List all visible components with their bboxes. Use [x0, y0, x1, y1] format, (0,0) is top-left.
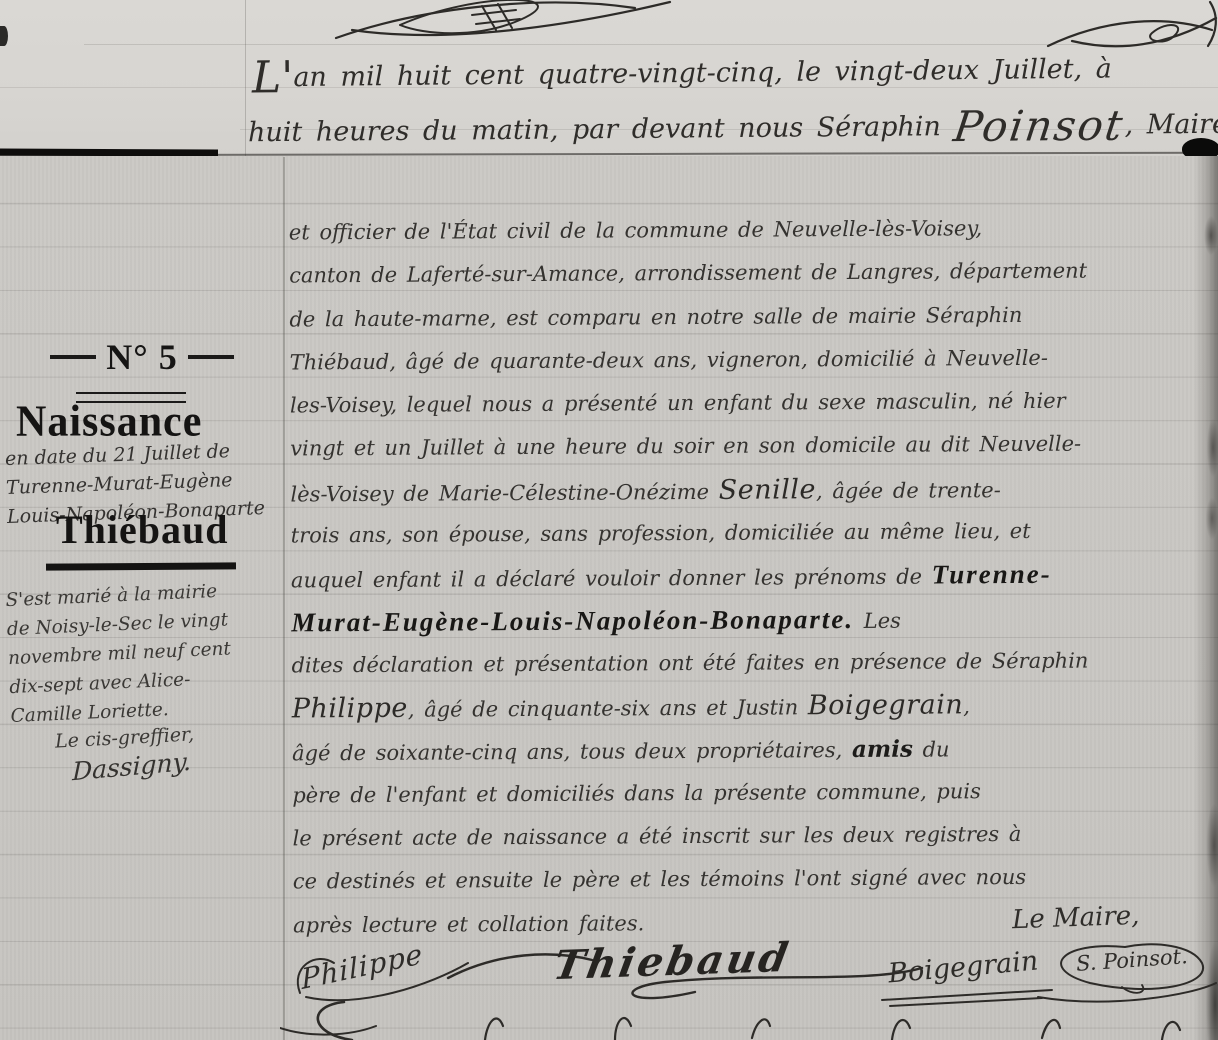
text-segment: , âgée de trente- — [816, 478, 1001, 503]
text-segment: Les — [854, 608, 901, 632]
cutoff-flourish-left — [330, 0, 675, 44]
text-segment: auquel enfant il a déclaré vouloir donne… — [291, 565, 932, 593]
binding-edge-shadow — [1194, 156, 1218, 1040]
text-segment: du — [913, 737, 950, 761]
header-line-2: huit heures du matin, par devant nous Sé… — [248, 100, 1218, 158]
body-line: vingt et un Juillet à une heure du soir … — [290, 423, 1088, 471]
body-line: père de l'enfant et domiciliés dans la p… — [292, 769, 1090, 817]
body-line: et officier de l'État civil de la commun… — [289, 207, 1087, 255]
text-segment: vingt et un Juillet à une heure du soir … — [290, 432, 1081, 461]
body-line: Murat-Eugène-Louis-Napoléon-Bonaparte. L… — [291, 596, 1089, 644]
text-segment: le présent acte de naissance a été inscr… — [293, 822, 1022, 850]
top-scan-strip: L'an mil huit cent quatre-vingt-cinq, le… — [0, 0, 1218, 157]
body-line: dites déclaration et présentation ont ét… — [291, 640, 1089, 688]
mayor-name-flourished: Poinsot — [951, 101, 1127, 152]
text-segment: Murat-Eugène-Louis-Napoléon-Bonaparte. — [291, 604, 854, 637]
header-line-2-suffix: , Maire — [1124, 109, 1218, 141]
text-segment: les-Voisey, lequel nous a présenté un en… — [290, 389, 1066, 418]
scanned-birth-record: L'an mil huit cent quatre-vingt-cinq, le… — [0, 0, 1218, 1040]
text-segment: ce destinés et ensuite le père et les té… — [293, 865, 1026, 893]
header-line-2-text: huit heures du matin, par devant nous Sé… — [248, 111, 955, 148]
body-line: âgé de soixante-cinq ans, tous deux prop… — [292, 726, 1090, 774]
text-segment: , âgé de cinquante-six ans et Justin — [408, 696, 808, 722]
body-line: de la haute-marne, est comparu en notre … — [289, 293, 1087, 341]
body-line: les-Voisey, lequel nous a présenté un en… — [290, 380, 1088, 428]
act-number: N° 5 — [106, 336, 177, 378]
text-segment: Philippe — [292, 693, 408, 725]
edge-artifact — [0, 26, 8, 46]
text-segment: âgé de soixante-cinq ans, tous deux prop… — [292, 738, 852, 765]
text-segment: , — [963, 695, 970, 719]
text-segment: Boigegrain — [808, 690, 963, 722]
text-segment: lès-Voisey de Marie-Célestine-Onézime — [290, 480, 718, 507]
text-segment: Senille — [719, 474, 816, 506]
header-drop-initial: L' — [252, 52, 294, 103]
text-segment: après lecture et collation faites. — [293, 911, 644, 937]
text-segment: père de l'enfant et domiciliés dans la p… — [292, 779, 981, 807]
text-segment: trois ans, son épouse, sans profession, … — [291, 519, 1031, 548]
act-body-text: et officier de l'État civil de la commun… — [289, 207, 1091, 948]
body-line: trois ans, son épouse, sans profession, … — [291, 510, 1089, 558]
body-line: ce destinés et ensuite le père et les té… — [293, 856, 1091, 904]
margin-divider-bar — [46, 562, 236, 570]
signature-thiebaud: Thiebaud — [550, 934, 794, 989]
margin-rule-top — [245, 0, 246, 157]
surname-heading: Thiébaud — [56, 506, 229, 553]
text-segment: Turenne- — [932, 559, 1052, 590]
text-segment: dites déclaration et présentation ont ét… — [291, 649, 1088, 678]
ruled-line — [84, 44, 1218, 45]
text-segment: canton de Laferté-sur-Amance, arrondisse… — [289, 259, 1087, 288]
text-segment: et officier de l'État civil de la commun… — [289, 216, 982, 244]
dash-left — [50, 355, 96, 359]
body-line: lès-Voisey de Marie-Célestine-Onézime Se… — [290, 466, 1088, 514]
body-line: le présent acte de naissance a été inscr… — [292, 813, 1090, 861]
body-line: auquel enfant il a déclaré vouloir donne… — [291, 553, 1089, 601]
text-segment: amis — [852, 735, 913, 762]
text-segment: Thiébaud, âgé de quarante-deux ans, vign… — [290, 346, 1048, 375]
act-number-row: N° 5 — [34, 336, 250, 378]
body-line: Thiébaud, âgé de quarante-deux ans, vign… — [290, 336, 1088, 384]
dash-right — [188, 355, 234, 359]
body-line: canton de Laferté-sur-Amance, arrondisse… — [289, 250, 1087, 298]
body-line: Philippe, âgé de cinquante-six ans et Ju… — [292, 683, 1090, 731]
text-segment: de la haute-marne, est comparu en notre … — [289, 303, 1022, 331]
closing-le-maire: Le Maire, — [1012, 901, 1140, 935]
margin-marriage-note: S'est marié à la mairiede Noisy-le-Sec l… — [5, 574, 291, 731]
